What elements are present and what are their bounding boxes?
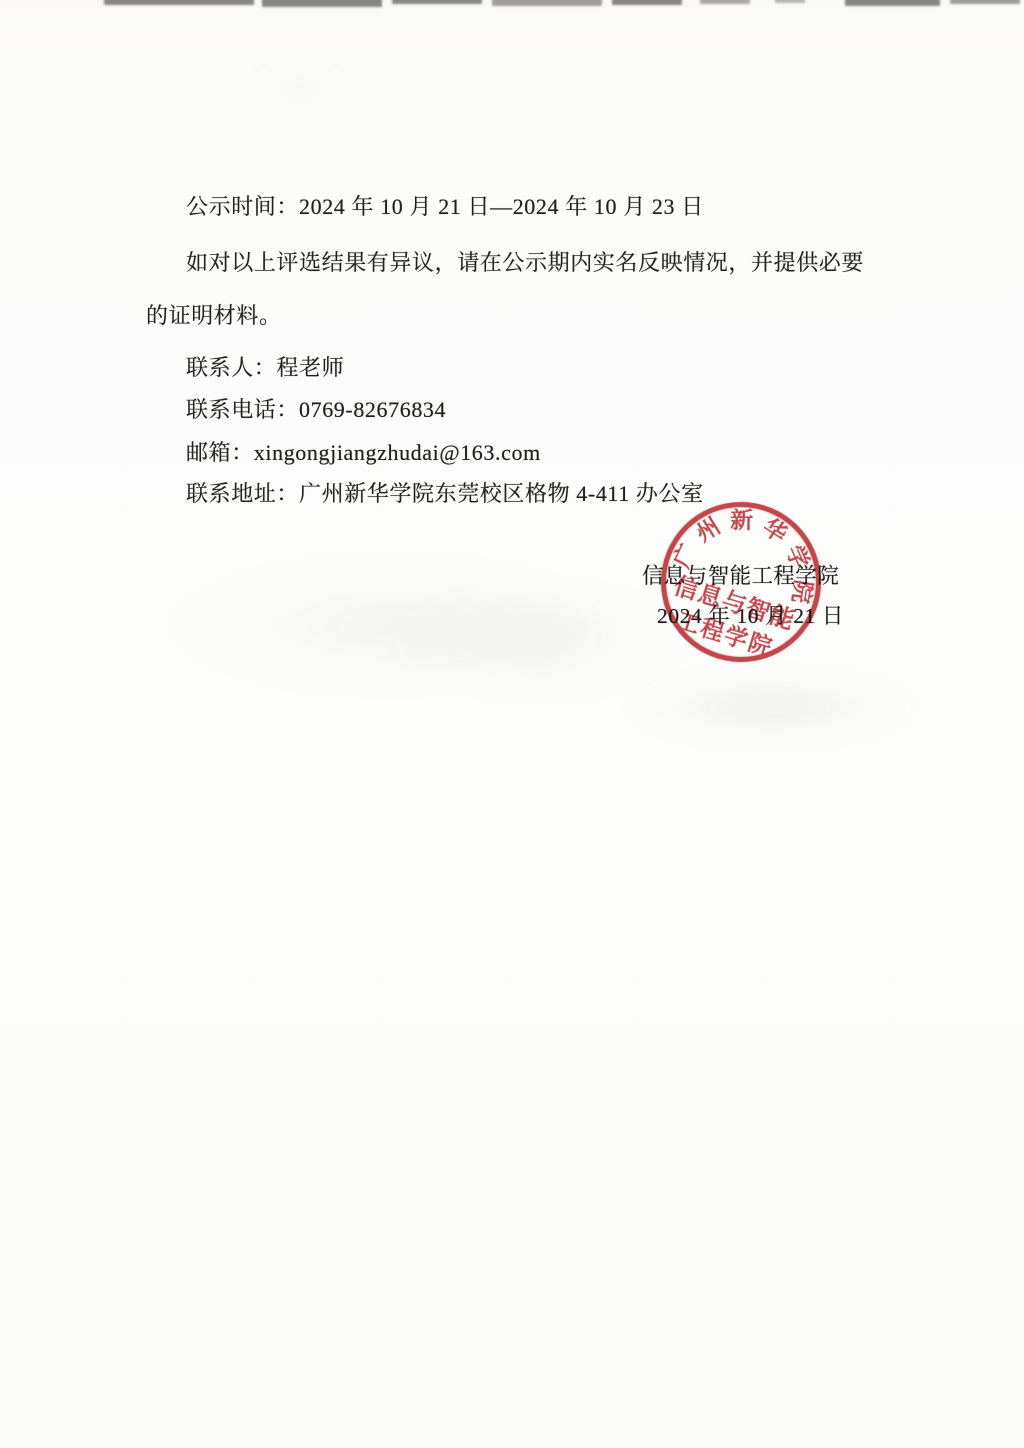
ghost-smudge [620,672,920,742]
publicity-time-line: 公示时间：2024 年 10 月 21 日—2024 年 10 月 23 日 [186,190,704,221]
ghost-smudge [240,60,360,120]
contact-email-line: 邮箱：xingongjiangzhudai@163.com [186,436,541,467]
scan-artifact-strip [0,0,1024,8]
objection-paragraph-line1: 如对以上评选结果有异议，请在公示期内实名反映情况，并提供必要 [186,246,864,277]
contact-phone-line: 联系电话：0769-82676834 [186,393,446,424]
ghost-smudge [160,555,630,695]
official-seal-stamp: 广州新华学院 信息与智能 工程学院 [641,482,841,682]
contact-address-line: 联系地址：广州新华学院东莞校区格物 4-411 办公室 [186,477,704,508]
seal-arc-char: 新 [729,508,755,534]
objection-paragraph-line2: 的证明材料。 [146,299,282,330]
contact-person-line: 联系人：程老师 [186,351,344,382]
scanned-document-page: 公示时间：2024 年 10 月 21 日—2024 年 10 月 23 日 如… [0,0,1024,1448]
